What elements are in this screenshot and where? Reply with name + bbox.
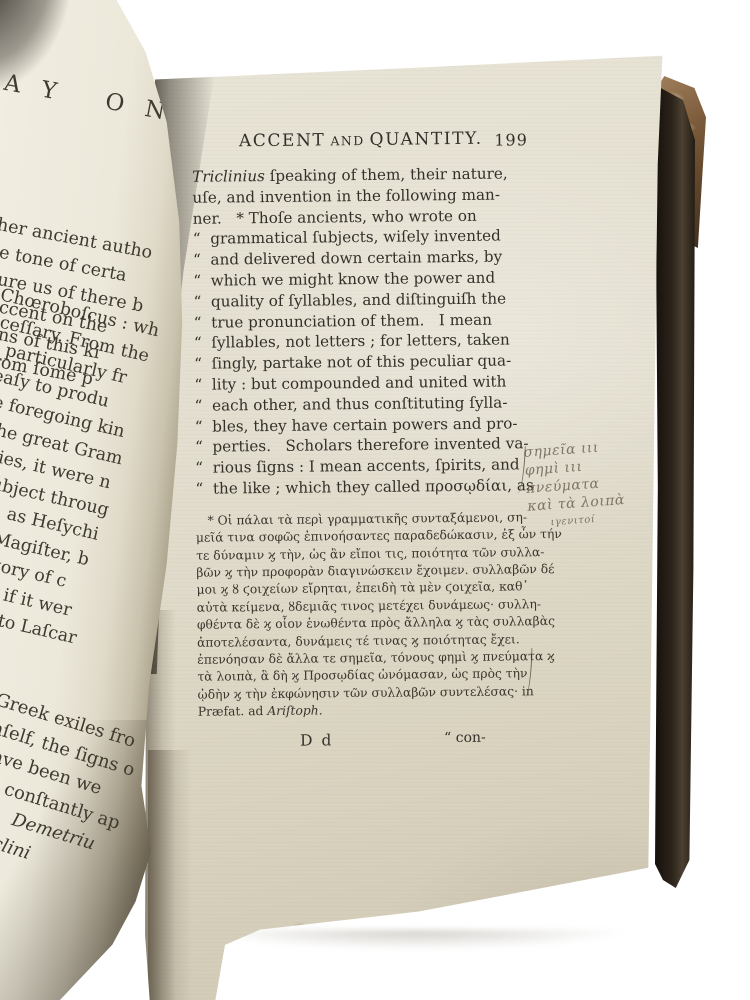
footnote: * Οἱ πάλαι τὰ περὶ γραμματικῆς συνταξάμε… (196, 509, 536, 721)
citation-roman: Præfat. ad (198, 704, 268, 719)
footnote-lines: * Οἱ πάλαι τὰ περὶ γραμματικῆς συνταξάμε… (196, 509, 536, 704)
book-photo: ACCENTANDQUANTITY. 199 Triclinius ſpeaki… (0, 0, 750, 1000)
gutter-roll-shade (148, 750, 192, 1000)
handwritten-marginalia: σημεῖα ιιιφημὶ ιιιπνεύματακαὶ τὰ λοιπὰιγ… (523, 436, 639, 533)
printed-text-block: ACCENTANDQUANTITY. 199 Triclinius ſpeaki… (192, 128, 537, 756)
header-title-word1: ACCENT (239, 130, 326, 151)
body-line: “ quality of ſyllables, and diſtinguiſh … (193, 288, 531, 312)
left-page-running-header: S A Y O N (0, 63, 181, 129)
right-page: ACCENTANDQUANTITY. 199 Triclinius ſpeaki… (142, 50, 664, 1000)
catchword: “ con- (444, 729, 486, 745)
left-page-text-lower: eſe Greek exiles fros himſelf, the ſigns… (0, 624, 164, 942)
book-binding-edge (655, 88, 695, 888)
left-page-line: we find Demetriu (0, 782, 115, 863)
lead-word-italic: Triclinius (192, 167, 265, 186)
header-title-and: AND (325, 133, 369, 148)
header-title-word2: QUANTITY. (370, 129, 483, 150)
body-line: uſe, and invention in the following man- (192, 184, 530, 208)
left-page-text-middle: and Chœroboſcus : whunneceſſary. From th… (0, 222, 174, 706)
body-line: “ the like ; which they called προσῳδίαι… (195, 475, 533, 499)
body-text: Triclinius ſpeaking of them, their natur… (192, 163, 533, 499)
signature-mark: D d (300, 731, 333, 749)
running-header: ACCENTANDQUANTITY. 199 (192, 128, 530, 158)
bottom-row: D d “ con- (198, 729, 536, 757)
left-page-line: to have been we (0, 729, 132, 810)
left-page-line: eſe Greek exiles fro (0, 677, 148, 758)
page-number: 199 (494, 130, 528, 149)
left-page-line: erhaps conſtantly ap (0, 755, 124, 836)
page-drop-shadow (200, 930, 630, 950)
footnote-citation: Præfat. ad Ariſtoph. (198, 700, 536, 721)
left-page-line: Triclini (0, 808, 107, 889)
citation-italic: Ariſtoph. (267, 704, 322, 719)
body-first-line-rest: ſpeaking of them, their nature, (265, 164, 508, 185)
body-line: “ each other, and thus conſtituting ſyll… (195, 392, 533, 416)
body-lines: uſe, and invention in the following man-… (192, 184, 533, 499)
